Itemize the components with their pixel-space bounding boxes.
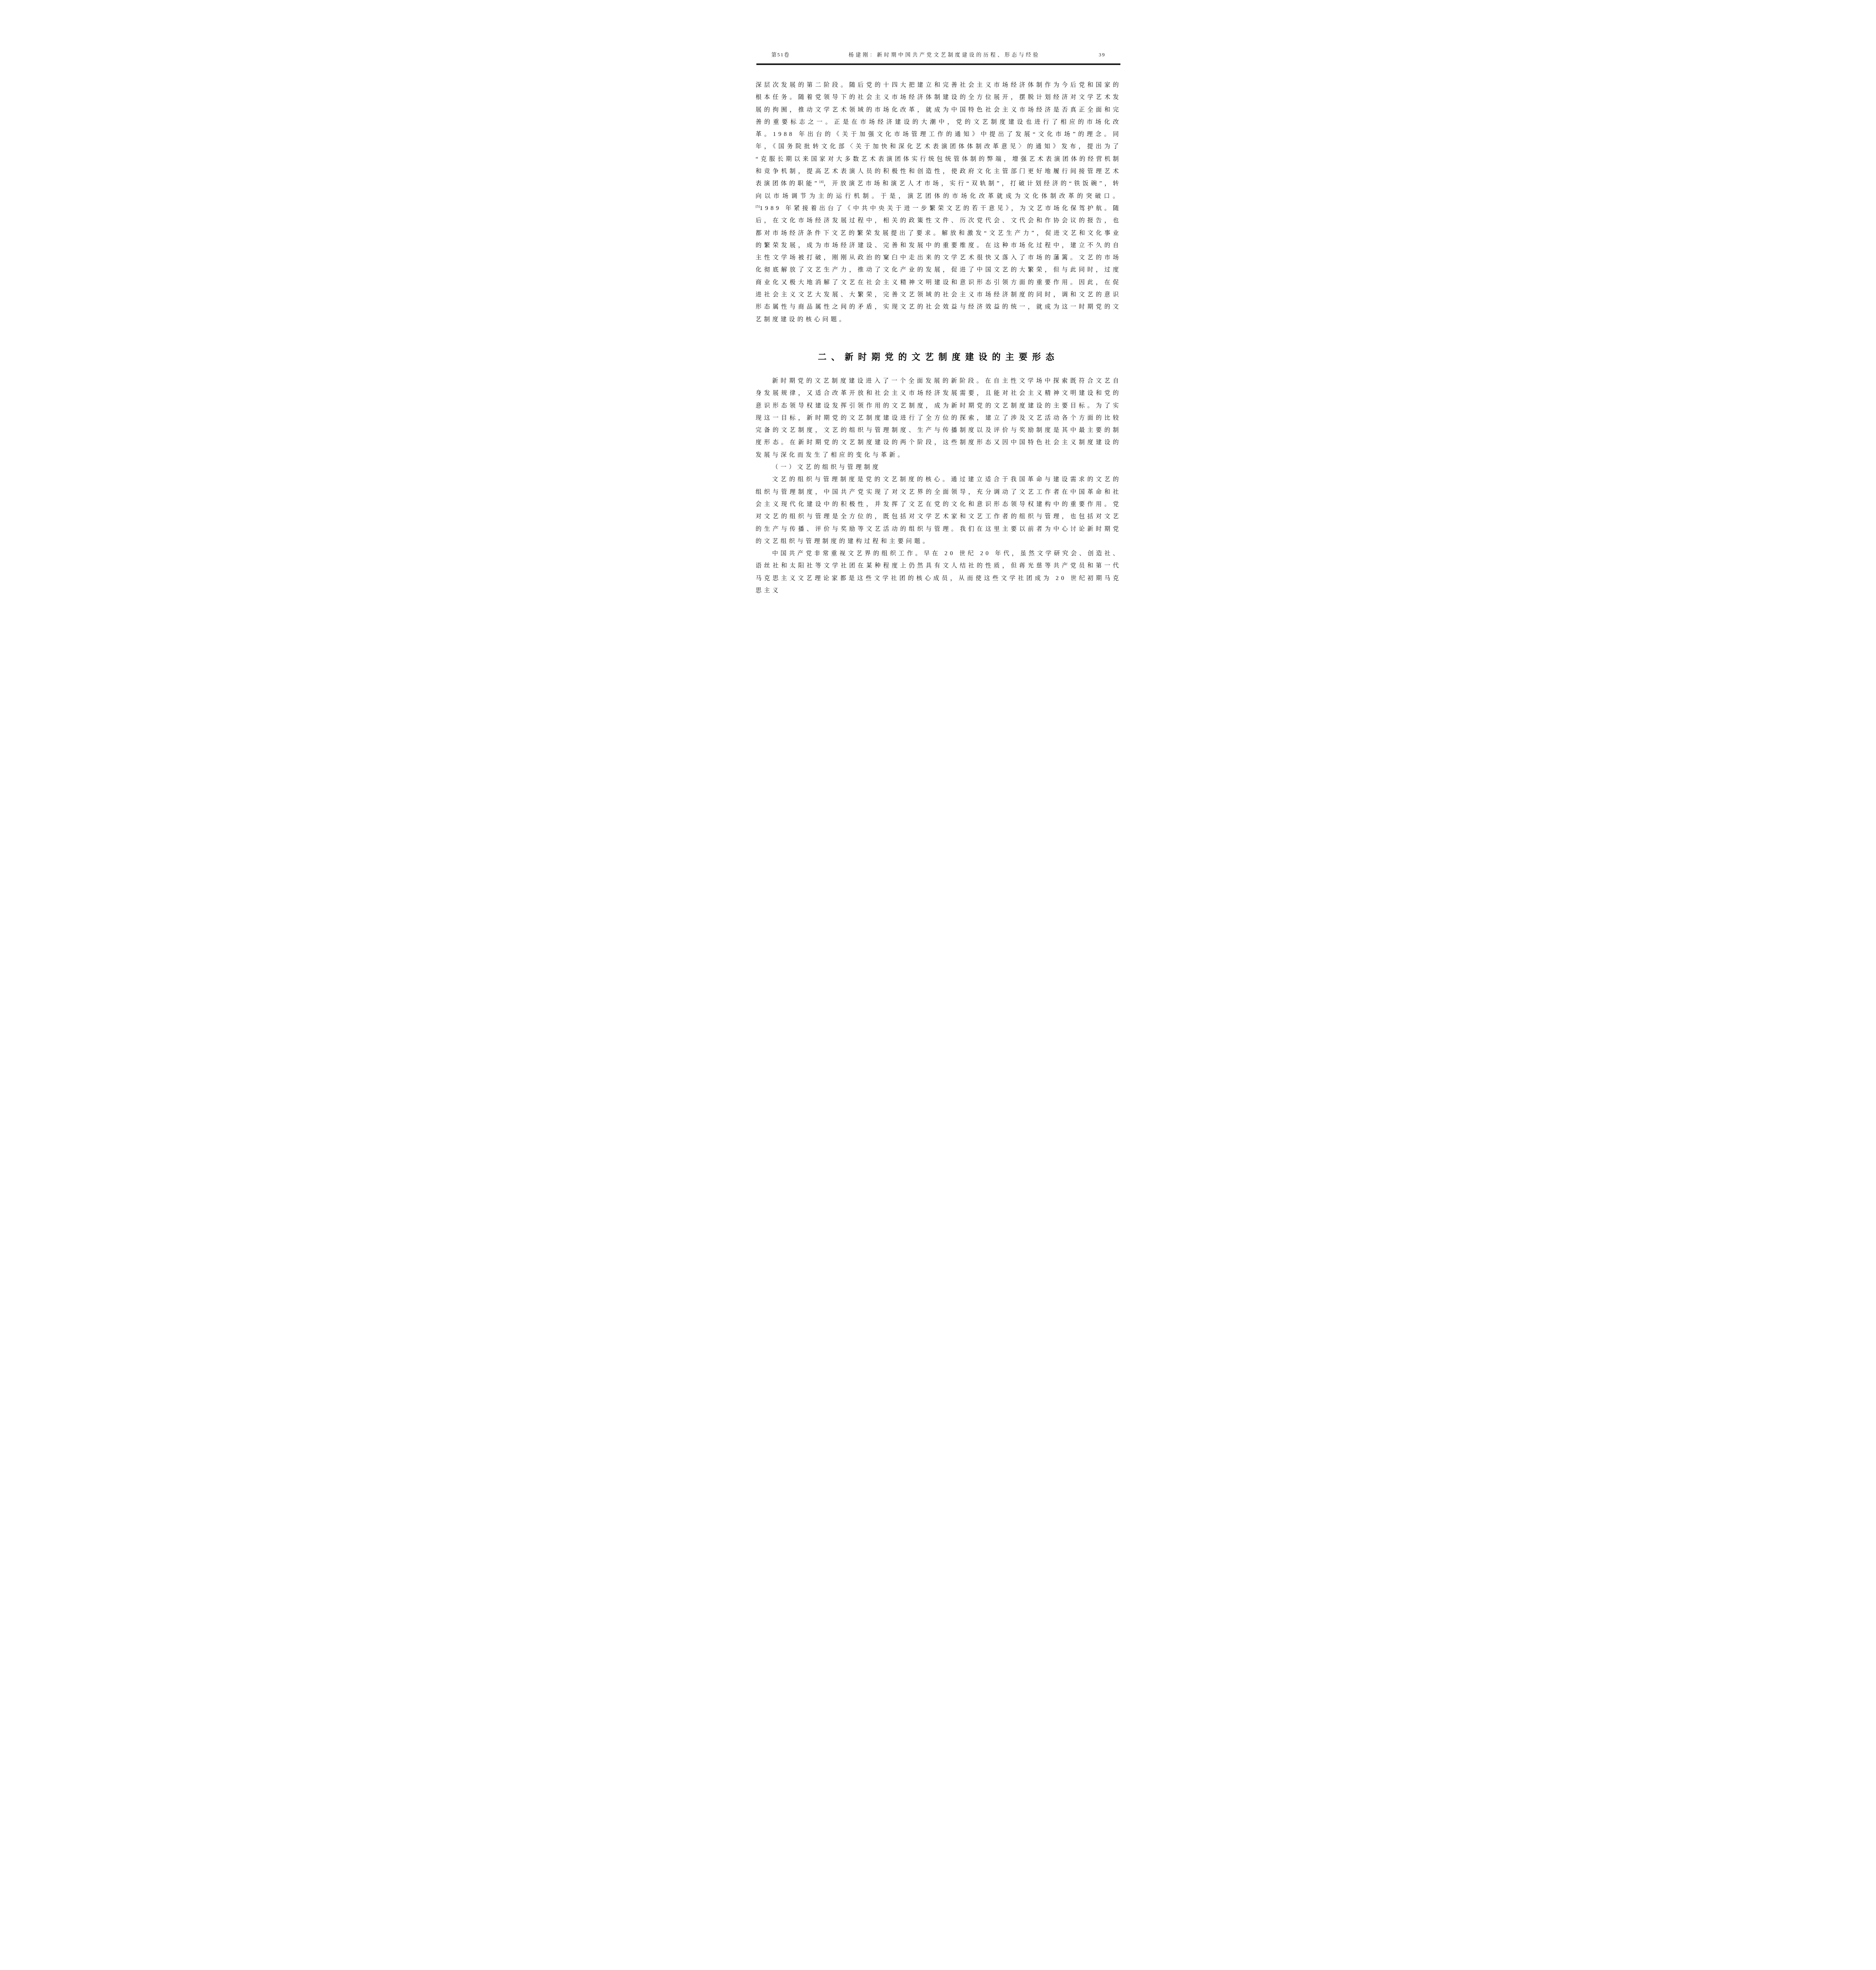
running-title: 杨建刚：新时期中国共产党文艺制度建设的历程、形态与经验 xyxy=(849,50,1040,58)
article-body: 深层次发展的第二阶段。随后党的十四大把建立和完善社会主义市场经济体制作为今后党和… xyxy=(756,79,1121,597)
paragraph-3: 文艺的组织与管理制度是党的文艺制度的核心。通过建立适合于我国革命与建设需求的文艺… xyxy=(756,474,1121,548)
volume-label: 第51卷 xyxy=(771,50,790,58)
section-heading: 二、新时期党的文艺制度建设的主要形态 xyxy=(756,350,1121,362)
header-rule xyxy=(756,63,1120,65)
page-number: 39 xyxy=(1099,52,1105,58)
journal-page: 第51卷 杨建刚：新时期中国共产党文艺制度建设的历程、形态与经验 39 深层次发… xyxy=(704,0,1172,663)
para1-segment-1: 深层次发展的第二阶段。随后党的十四大把建立和完善社会主义市场经济体制作为今后党和… xyxy=(756,82,1121,187)
para1-segment-3: 1989 年紧接着出台了《中共中央关于进一步繁荣文艺的若干意见》，为文艺市场化保… xyxy=(756,205,1121,323)
paragraph-continuation: 深层次发展的第二阶段。随后党的十四大把建立和完善社会主义市场经济体制作为今后党和… xyxy=(756,79,1121,326)
footnote-ref-5: [5] xyxy=(756,204,760,208)
paragraph-4: 中国共产党非常重视文艺界的组织工作。早在 20 世纪 20 年代，虽然文学研究会… xyxy=(756,548,1121,597)
page-header: 第51卷 杨建刚：新时期中国共产党文艺制度建设的历程、形态与经验 39 xyxy=(756,50,1121,58)
footnote-ref-4: [4] xyxy=(819,180,824,184)
sub-section-heading: （一）文艺的组织与管理制度 xyxy=(756,461,1121,474)
paragraph-2: 新时期党的文艺制度建设进入了一个全面发展的新阶段。在自主性文学场中探索既符合文艺… xyxy=(756,375,1121,461)
